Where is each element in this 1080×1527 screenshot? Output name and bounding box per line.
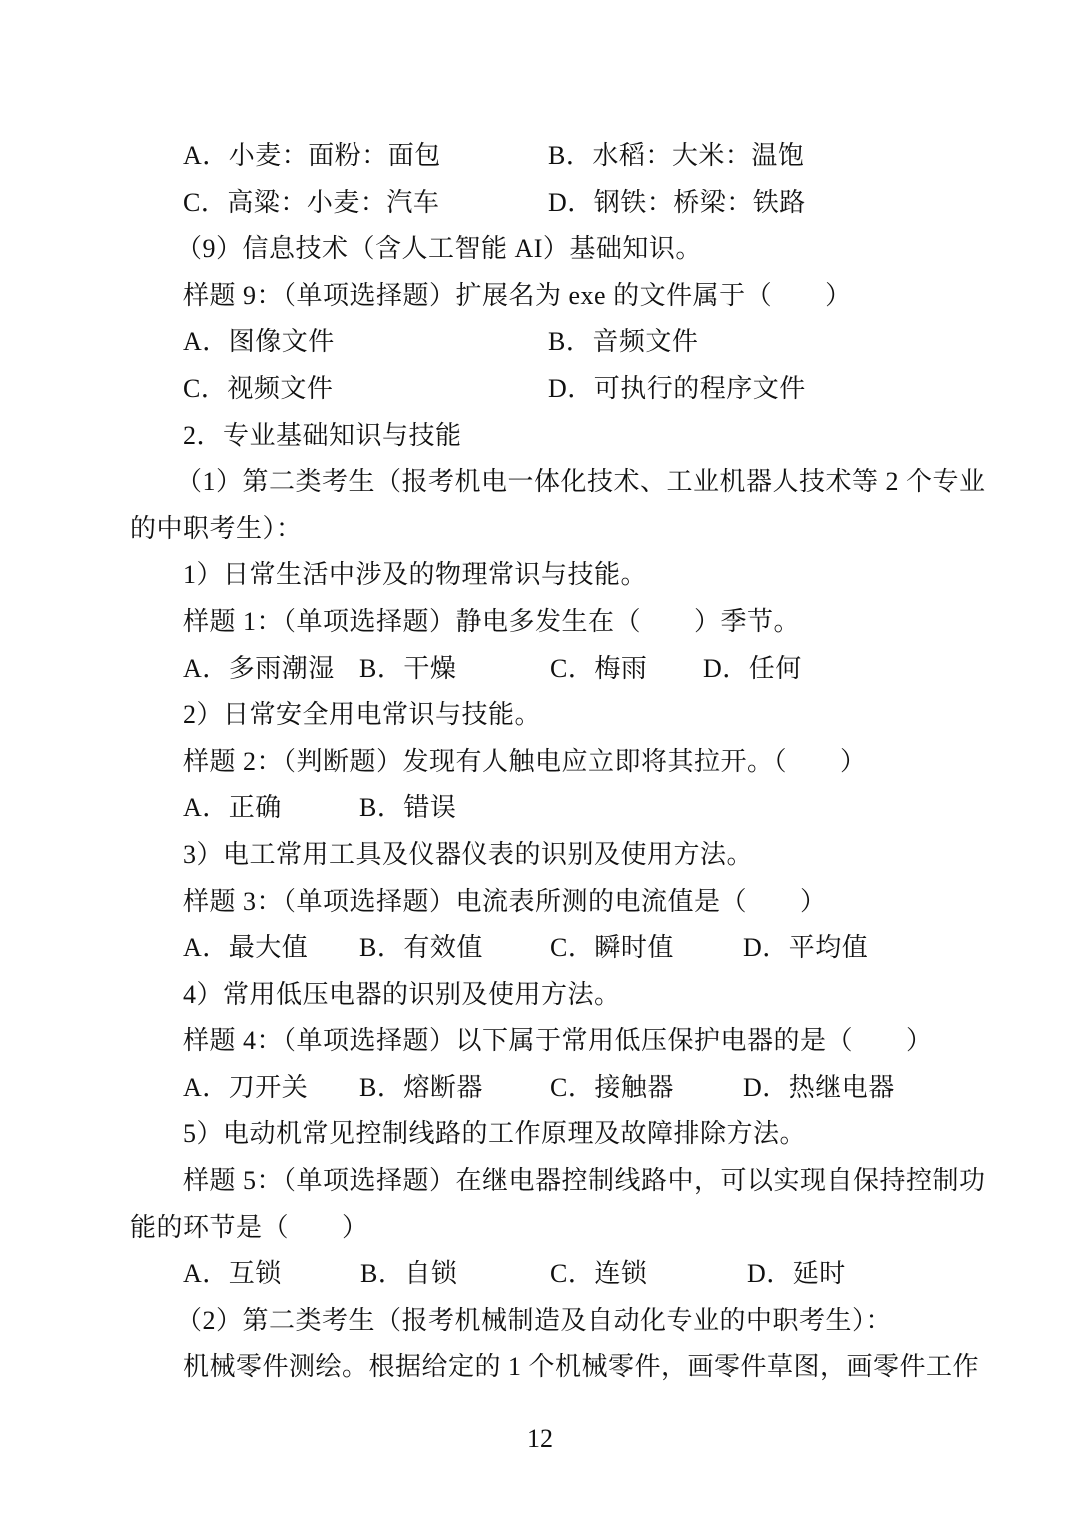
- topic-4-text: 4）常用低压电器的识别及使用方法。: [183, 972, 621, 1019]
- option-a: A．最大值: [183, 925, 308, 972]
- sample1-options: A．多雨潮湿 B．干燥 C．梅雨 D．任何: [130, 646, 952, 693]
- sample9-options-cd: C．视频文件 D．可执行的程序文件: [130, 366, 952, 413]
- option-d: D．可执行的程序文件: [548, 366, 806, 413]
- section-2-title: 2．专业基础知识与技能: [183, 413, 462, 460]
- category-2-heading: （2）第二类考生（报考机械制造及自动化专业的中职考生）：: [130, 1298, 952, 1345]
- sample9-question: 样题 9：（单项选择题）扩展名为 exe 的文件属于（ ）: [130, 273, 952, 320]
- page-number: 12: [0, 1424, 1080, 1454]
- sample1-question: 样题 1：（单项选择题）静电多发生在（ ）季节。: [130, 599, 952, 646]
- option-a: A．正确: [183, 785, 282, 832]
- sample5-options: A．互锁 B．自锁 C．连锁 D．延时: [130, 1251, 952, 1298]
- sample2-options: A．正确 B．错误: [130, 785, 952, 832]
- sample8-options-cd: C．高粱：小麦：汽车 D．钢铁：桥梁：铁路: [130, 180, 952, 227]
- sample3-question-text: 样题 3：（单项选择题）电流表所测的电流值是（ ）: [183, 879, 827, 926]
- topic-9-text: （9）信息技术（含人工智能 AI）基础知识。: [176, 226, 702, 273]
- sample5-question-line-1: 样题 5：（单项选择题）在继电器控制线路中，可以实现自保持控制功: [130, 1158, 952, 1205]
- option-d: D．延时: [747, 1251, 846, 1298]
- topic-1-heading: 1）日常生活中涉及的物理常识与技能。: [130, 552, 952, 599]
- topic-1-text: 1）日常生活中涉及的物理常识与技能。: [183, 552, 647, 599]
- sample9-options-ab: A．图像文件 B．音频文件: [130, 319, 952, 366]
- sample5-question-text: 样题 5：（单项选择题）在继电器控制线路中，可以实现自保持控制功: [183, 1158, 986, 1205]
- sample4-question-text: 样题 4：（单项选择题）以下属于常用低压保护电器的是（ ）: [183, 1018, 933, 1065]
- option-c: C．接触器: [550, 1065, 674, 1112]
- category-2-desc-text: 机械零件测绘。根据给定的 1 个机械零件，画零件草图，画零件工作: [183, 1344, 979, 1391]
- sample2-question: 样题 2：（判断题）发现有人触电应立即将其拉开。（ ）: [130, 739, 952, 786]
- option-d: D．钢铁：桥梁：铁路: [548, 180, 806, 227]
- option-c: C．梅雨: [550, 646, 647, 693]
- option-b: B．音频文件: [548, 319, 698, 366]
- option-c: C．瞬时值: [550, 925, 674, 972]
- category-1-intro-continuation: 的中职考生）：: [130, 506, 303, 553]
- option-a: A．小麦：面粉：面包: [183, 133, 441, 180]
- sample5-question-continuation: 能的环节是（ ）: [130, 1205, 369, 1252]
- option-a: A．图像文件: [183, 319, 335, 366]
- sample2-question-text: 样题 2：（判断题）发现有人触电应立即将其拉开。（ ）: [183, 739, 867, 786]
- option-c: C．连锁: [550, 1251, 647, 1298]
- category-2-desc-line-1: 机械零件测绘。根据给定的 1 个机械零件，画零件草图，画零件工作: [130, 1344, 952, 1391]
- topic-3-text: 3）电工常用工具及仪器仪表的识别及使用方法。: [183, 832, 753, 879]
- sample4-question: 样题 4：（单项选择题）以下属于常用低压保护电器的是（ ）: [130, 1018, 952, 1065]
- option-d: D．平均值: [743, 925, 868, 972]
- topic-3-heading: 3）电工常用工具及仪器仪表的识别及使用方法。: [130, 832, 952, 879]
- category-1-intro-line-1: （1）第二类考生（报考机电一体化技术、工业机器人技术等 2 个专业: [130, 459, 952, 506]
- topic-5-heading: 5）电动机常见控制线路的工作原理及故障排除方法。: [130, 1111, 952, 1158]
- sample5-question-line-2: 能的环节是（ ）: [130, 1205, 952, 1252]
- topic-5-text: 5）电动机常见控制线路的工作原理及故障排除方法。: [183, 1111, 806, 1158]
- option-b: B．有效值: [359, 925, 483, 972]
- topic-9-heading: （9）信息技术（含人工智能 AI）基础知识。: [130, 226, 952, 273]
- topic-2-text: 2）日常安全用电常识与技能。: [183, 692, 541, 739]
- category-1-intro-text: （1）第二类考生（报考机电一体化技术、工业机器人技术等 2 个专业: [176, 459, 986, 506]
- sample9-question-text: 样题 9：（单项选择题）扩展名为 exe 的文件属于（ ）: [183, 273, 852, 320]
- sample1-question-text: 样题 1：（单项选择题）静电多发生在（ ）季节。: [183, 599, 800, 646]
- section-2-heading: 2．专业基础知识与技能: [130, 413, 952, 460]
- option-b: B．干燥: [359, 646, 456, 693]
- topic-2-heading: 2）日常安全用电常识与技能。: [130, 692, 952, 739]
- option-a: A．刀开关: [183, 1065, 308, 1112]
- category-1-intro-line-2: 的中职考生）：: [130, 506, 952, 553]
- option-c: C．高粱：小麦：汽车: [183, 180, 439, 227]
- option-b: B．熔断器: [359, 1065, 483, 1112]
- option-a: A．多雨潮湿: [183, 646, 335, 693]
- topic-4-heading: 4）常用低压电器的识别及使用方法。: [130, 972, 952, 1019]
- sample8-options-ab: A．小麦：面粉：面包 B．水稻：大米：温饱: [130, 133, 952, 180]
- document-page: A．小麦：面粉：面包 B．水稻：大米：温饱 C．高粱：小麦：汽车 D．钢铁：桥梁…: [0, 0, 1080, 1527]
- document-body: A．小麦：面粉：面包 B．水稻：大米：温饱 C．高粱：小麦：汽车 D．钢铁：桥梁…: [130, 133, 952, 1391]
- option-b: B．错误: [359, 785, 456, 832]
- sample3-question: 样题 3：（单项选择题）电流表所测的电流值是（ ）: [130, 879, 952, 926]
- option-d: D．热继电器: [743, 1065, 895, 1112]
- option-a: A．互锁: [183, 1251, 282, 1298]
- sample3-options: A．最大值 B．有效值 C．瞬时值 D．平均值: [130, 925, 952, 972]
- category-2-title: （2）第二类考生（报考机械制造及自动化专业的中职考生）：: [176, 1298, 892, 1345]
- option-c: C．视频文件: [183, 366, 333, 413]
- option-b: B．水稻：大米：温饱: [548, 133, 804, 180]
- option-d: D．任何: [703, 646, 802, 693]
- option-b: B．自锁: [360, 1251, 457, 1298]
- sample4-options: A．刀开关 B．熔断器 C．接触器 D．热继电器: [130, 1065, 952, 1112]
